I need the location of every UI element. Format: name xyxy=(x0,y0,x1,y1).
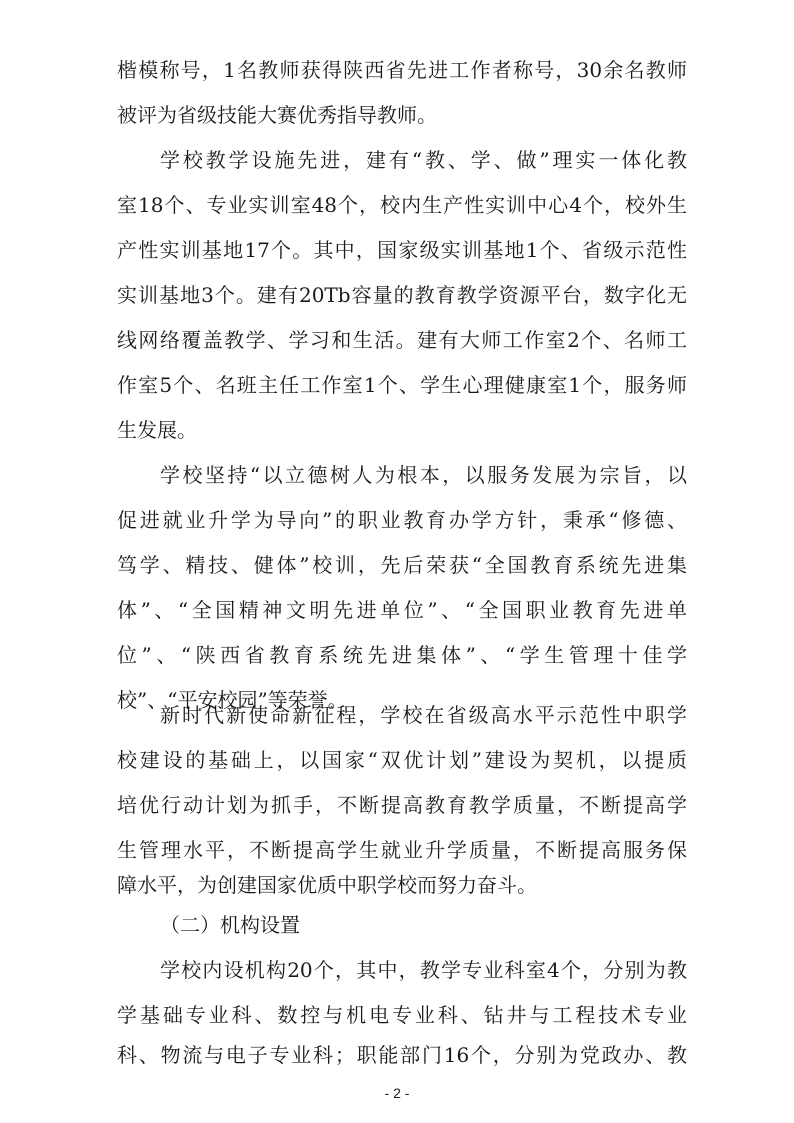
paragraph-line: 培优行动计划为抓手，不断提高教育教学质量，不断提高学 xyxy=(117,790,687,820)
paragraph-line: 室18个、专业实训室48个，校内生产性实训中心4个，校外生 xyxy=(117,190,687,220)
paragraph-line: 障水平，为创建国家优质中职学校而努力奋斗。 xyxy=(117,870,687,900)
paragraph-line: 新时代新使命新征程，学校在省级高水平示范性中职学 xyxy=(160,700,687,730)
paragraph-line: 学校内设机构20个，其中，教学专业科室4个，分别为教 xyxy=(160,955,687,985)
document-page: 楷模称号，1名教师获得陕西省先进工作者称号，30余名教师 被评为省级技能大赛优秀… xyxy=(0,0,794,1123)
paragraph-line: 线网络覆盖教学、学习和生活。建有大师工作室2个、名师工 xyxy=(117,325,687,355)
paragraph-line: 学基础专业科、数控与机电专业科、钻井与工程技术专业 xyxy=(117,1000,687,1030)
paragraph-line: 生发展。 xyxy=(117,415,687,445)
paragraph-line: 作室5个、名班主任工作室1个、学生心理健康室1个，服务师 xyxy=(117,370,687,400)
paragraph-line: 体”、“全国精神文明先进单位”、“全国职业教育先进单 xyxy=(117,595,687,625)
paragraph-line: 生管理水平，不断提高学生就业升学质量，不断提高服务保 xyxy=(117,835,687,865)
paragraph-line: 笃学、精技、健体”校训，先后荣获“全国教育系统先进集 xyxy=(117,550,687,580)
paragraph-line: 被评为省级技能大赛优秀指导教师。 xyxy=(117,100,687,130)
paragraph-line: 科、物流与电子专业科；职能部门16个，分别为党政办、教 xyxy=(117,1040,687,1070)
paragraph-line: 校建设的基础上，以国家“双优计划”建设为契机，以提质 xyxy=(117,745,687,775)
paragraph-line: 位”、“陕西省教育系统先进集体”、“学生管理十佳学 xyxy=(117,640,687,670)
paragraph-line: 楷模称号，1名教师获得陕西省先进工作者称号，30余名教师 xyxy=(117,55,687,85)
paragraph-line: 产性实训基地17个。其中，国家级实训基地1个、省级示范性 xyxy=(117,235,687,265)
paragraph-line: 学校坚持“以立德树人为根本，以服务发展为宗旨，以 xyxy=(160,460,687,490)
paragraph-line: 促进就业升学为导向”的职业教育办学方针，秉承“修德、 xyxy=(117,505,687,535)
paragraph-line: 学校教学设施先进，建有“教、学、做”理实一体化教 xyxy=(160,145,687,175)
paragraph-line: 实训基地3个。建有20Tb容量的教育教学资源平台，数字化无 xyxy=(117,280,687,310)
section-heading: （二）机构设置 xyxy=(160,910,300,940)
page-number: - 2 - xyxy=(0,1085,794,1101)
